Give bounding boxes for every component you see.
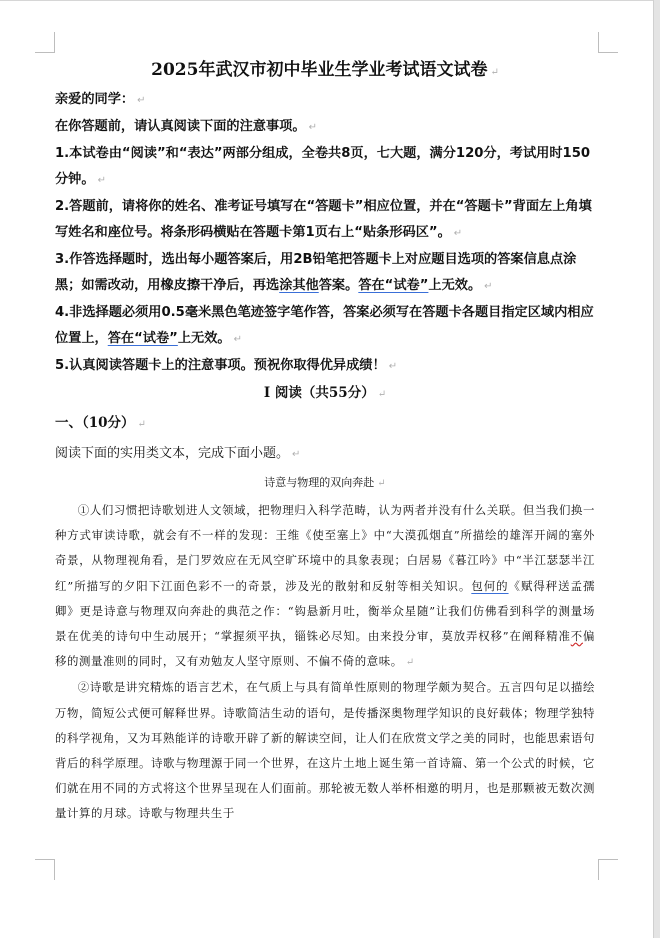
notice-4: 4.非选择题必须用0.5毫米黑色笔迹签字笔作答，答案必须写在答题卡各题目指定区域…: [55, 300, 595, 353]
paragraph-mark-icon: ↵: [137, 95, 145, 106]
greeting: 亲爱的同学：↵: [55, 87, 595, 114]
grammar-underline[interactable]: 答在“试卷”: [358, 278, 428, 293]
paragraph-mark-icon: ↵: [454, 228, 462, 239]
paragraph-mark-icon: ↵: [377, 478, 385, 489]
notice-5: 5.认真阅读答题卡上的注意事项。预祝你取得优异成绩！↵: [55, 353, 595, 380]
crop-mark-top-right: [598, 32, 618, 53]
paragraph-mark-icon: ↵: [389, 361, 397, 372]
crop-mark-top-left: [35, 32, 55, 53]
paragraph-mark-icon: ↵: [484, 281, 492, 292]
intro: 在你答题前，请认真阅读下面的注意事项。↵: [55, 114, 595, 141]
paragraph-mark-icon: ↵: [138, 419, 146, 430]
grammar-underline[interactable]: 答在“试卷”: [108, 331, 178, 346]
spellcheck-underline[interactable]: 不: [571, 629, 583, 643]
grammar-underline[interactable]: 涂其他: [279, 278, 319, 293]
notice-2: 2.答题前，请将你的姓名、准考证号填写在“答题卡”相应位置，并在“答题卡”背面左…: [55, 194, 595, 247]
paragraph-mark-icon: ↵: [292, 449, 300, 460]
paragraph-mark-icon: ↵: [406, 657, 415, 668]
paragraph-mark-icon: ↵: [309, 122, 317, 133]
paragraph-mark-icon: ↵: [490, 67, 498, 78]
article-paragraph-2: ②诗歌是讲究精炼的语言艺术，在气质上与具有简单性原则的物理学颇为契合。五言四句足…: [55, 675, 595, 826]
document-body[interactable]: 2025年武汉市初中毕业生学业考试语文试卷↵ 亲爱的同学：↵ 在你答题前，请认真…: [55, 56, 595, 827]
document-title: 2025年武汉市初中毕业生学业考试语文试卷↵: [55, 56, 595, 87]
instruction: 阅读下面的实用类文本，完成下面小题。↵: [55, 440, 595, 469]
section-heading: I 阅读（共55分）↵: [55, 380, 595, 408]
article-paragraph-1: ①人们习惯把诗歌划进人文领域，把物理归入科学范畴，认为两者并没有什么关联。但当我…: [55, 498, 595, 675]
question-heading: 一、（10分）↵: [55, 408, 595, 440]
paragraph-mark-icon: ↵: [378, 389, 386, 400]
crop-mark-bottom-left: [35, 859, 55, 880]
vertical-scrollbar[interactable]: [653, 0, 660, 938]
notice-3: 3.作答选择题时，选出每小题答案后，用2B铅笔把答题卡上对应题目选项的答案信息点…: [55, 247, 595, 300]
crop-mark-bottom-right: [598, 859, 618, 880]
notice-1: 1.本试卷由“阅读”和“表达”两部分组成，全卷共8页，七大题，满分120分，考试…: [55, 141, 595, 194]
paragraph-mark-icon: ↵: [234, 334, 242, 345]
article-title: 诗意与物理的双向奔赴↵: [55, 469, 595, 498]
paragraph-mark-icon: ↵: [98, 175, 106, 186]
grammar-underline[interactable]: 包何的: [471, 579, 508, 593]
